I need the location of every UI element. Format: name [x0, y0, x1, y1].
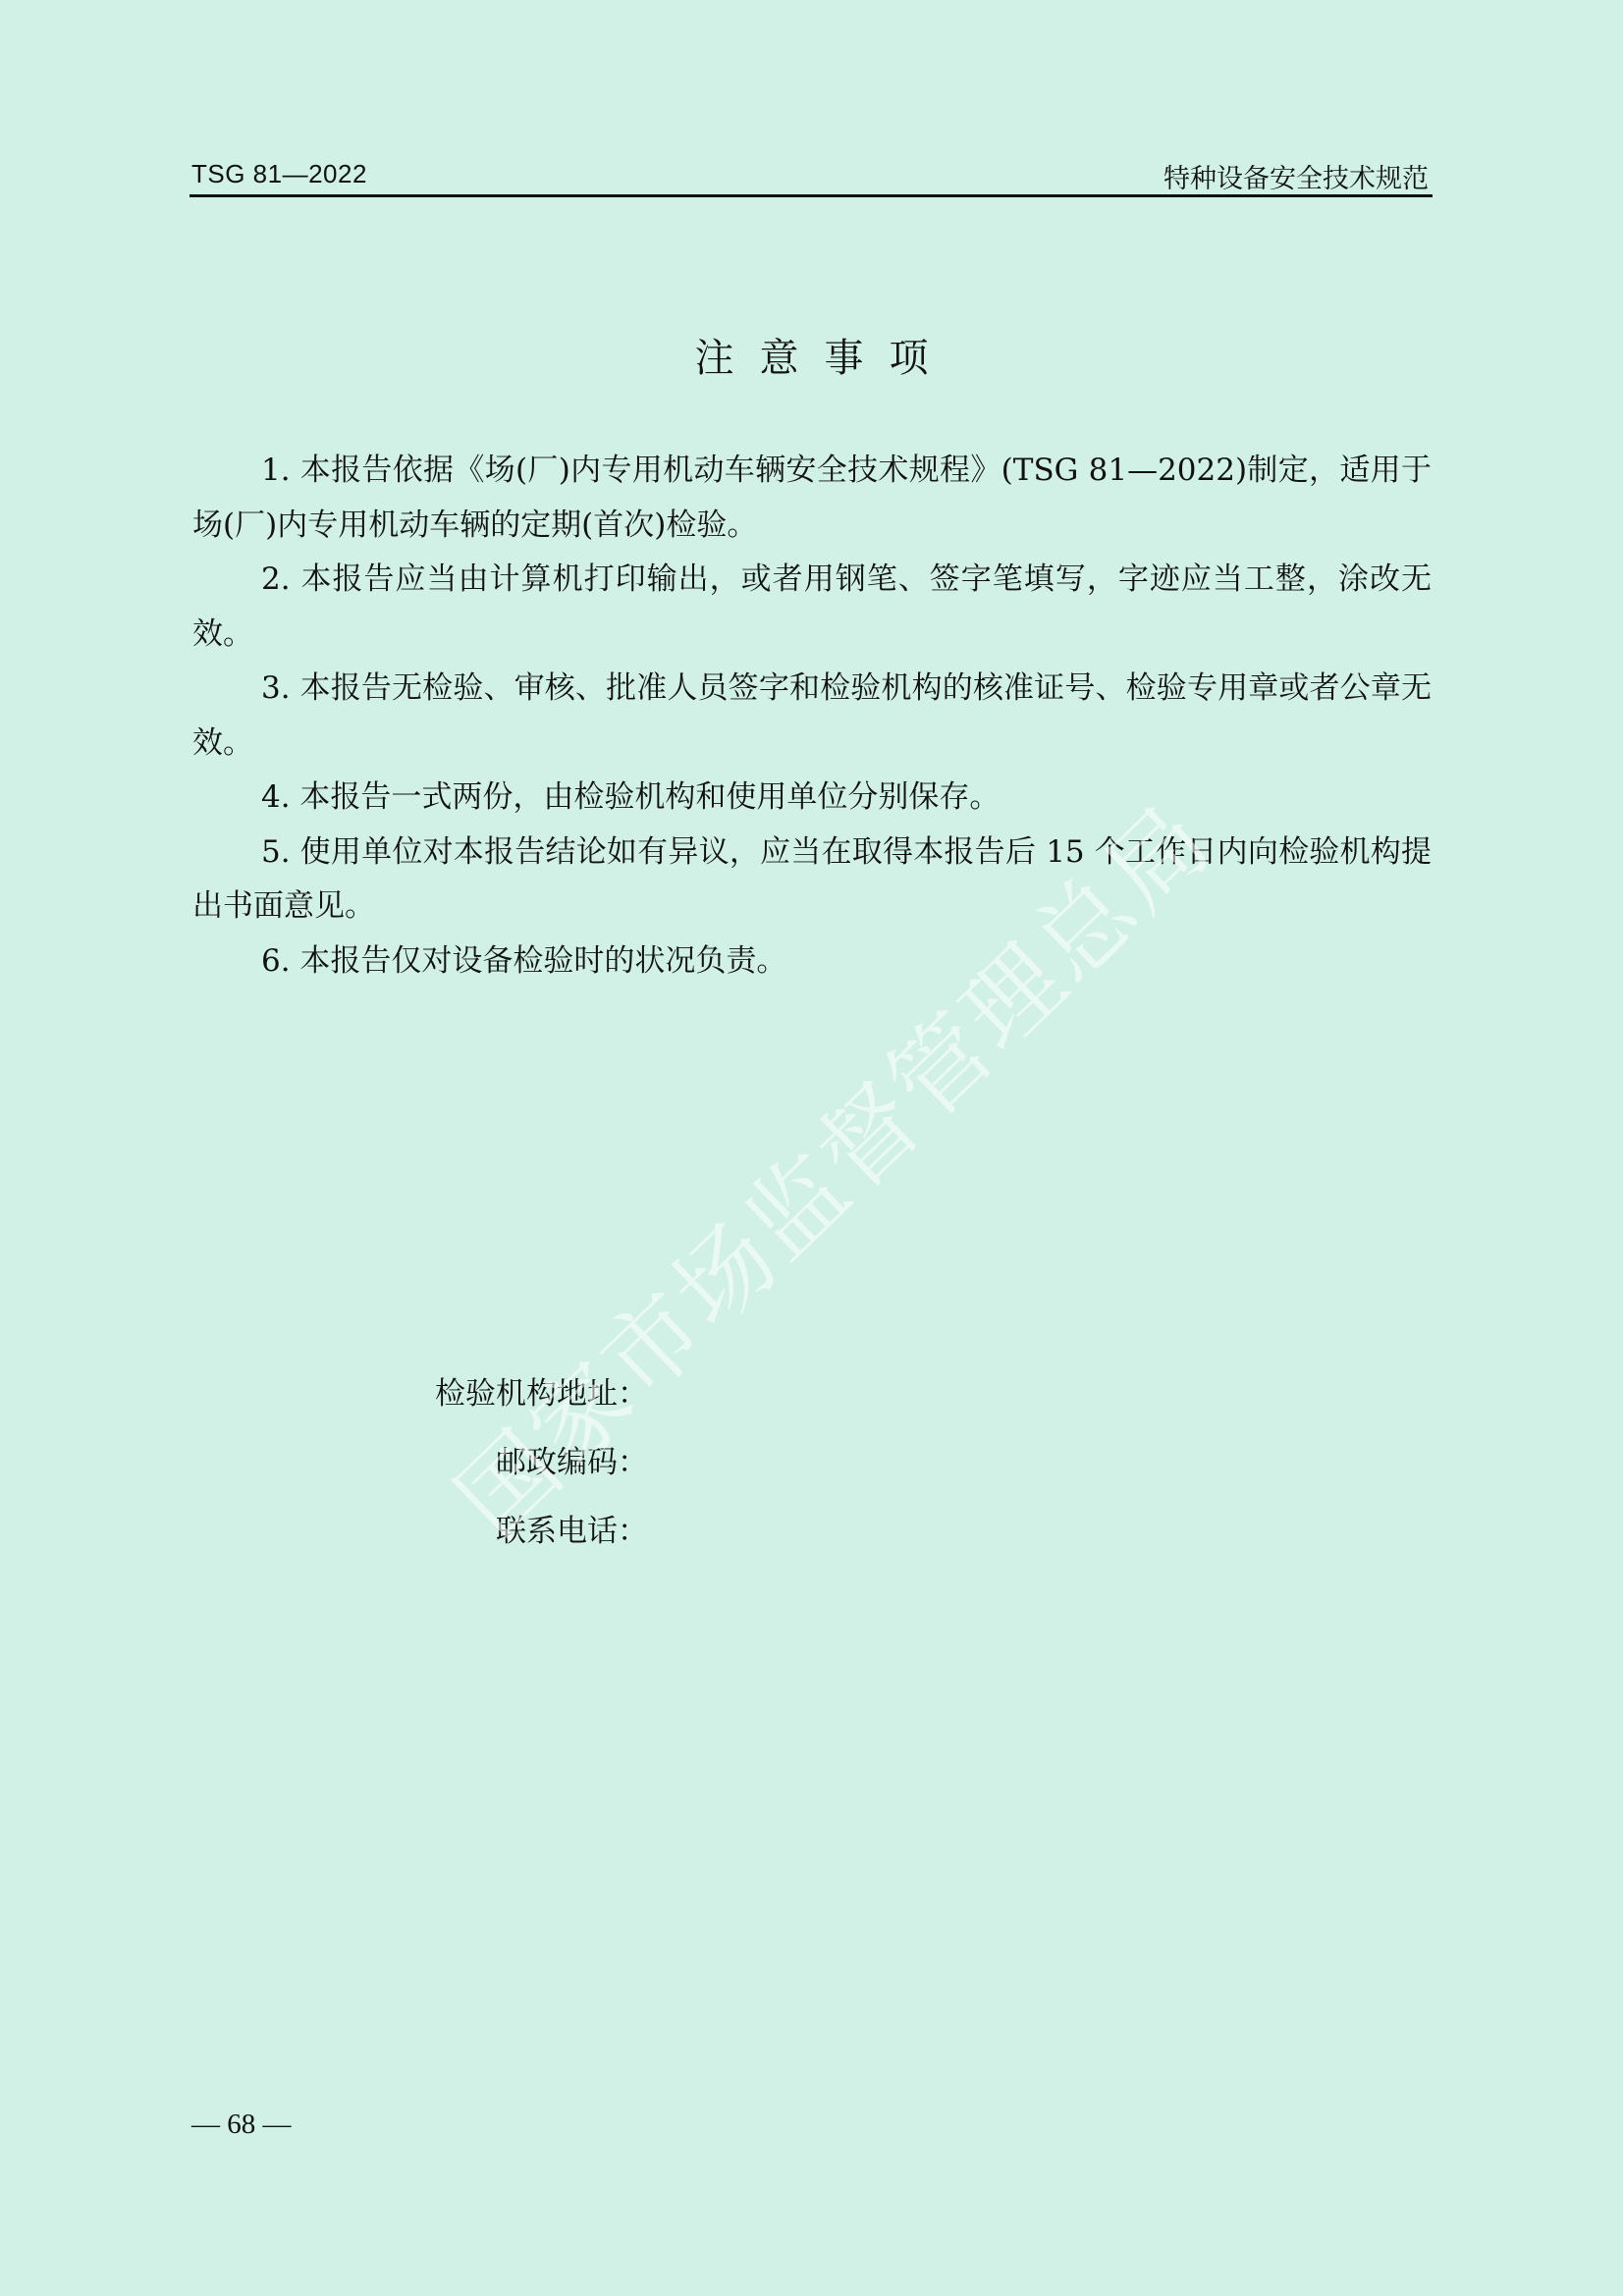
note-item: 5. 使用单位对本报告结论如有异议，应当在取得本报告后 15 个工作日内向检验机… [192, 826, 1432, 934]
note-item: 1. 本报告依据《场(厂)内专用机动车辆安全技术规程》(TSG 81—2022)… [192, 444, 1432, 553]
postcode-label: 邮政编码： [432, 1428, 648, 1497]
note-item: 6. 本报告仅对设备检验时的状况负责。 [192, 934, 1432, 989]
address-label: 检验机构地址： [432, 1360, 648, 1428]
phone-label: 联系电话： [432, 1497, 648, 1566]
note-item: 4. 本报告一式两份，由检验机构和使用单位分别保存。 [192, 771, 1432, 826]
notes-list: 1. 本报告依据《场(厂)内专用机动车辆安全技术规程》(TSG 81—2022)… [192, 444, 1432, 988]
note-item: 3. 本报告无检验、审核、批准人员签字和检验机构的核准证号、检验专用章或者公章无… [192, 662, 1432, 771]
page-number: — 68 — [191, 2109, 292, 2141]
page-title: 注意事项 [0, 327, 1623, 383]
page-header: TSG 81—2022 特种设备安全技术规范 [189, 155, 1433, 197]
note-item: 2. 本报告应当由计算机打印输出，或者用钢笔、签字笔填写，字迹应当工整，涂改无效… [192, 553, 1432, 662]
standard-code: TSG 81—2022 [191, 159, 367, 189]
series-title: 特种设备安全技术规范 [1163, 157, 1429, 195]
contact-block: 检验机构地址： 邮政编码： 联系电话： [432, 1360, 648, 1566]
